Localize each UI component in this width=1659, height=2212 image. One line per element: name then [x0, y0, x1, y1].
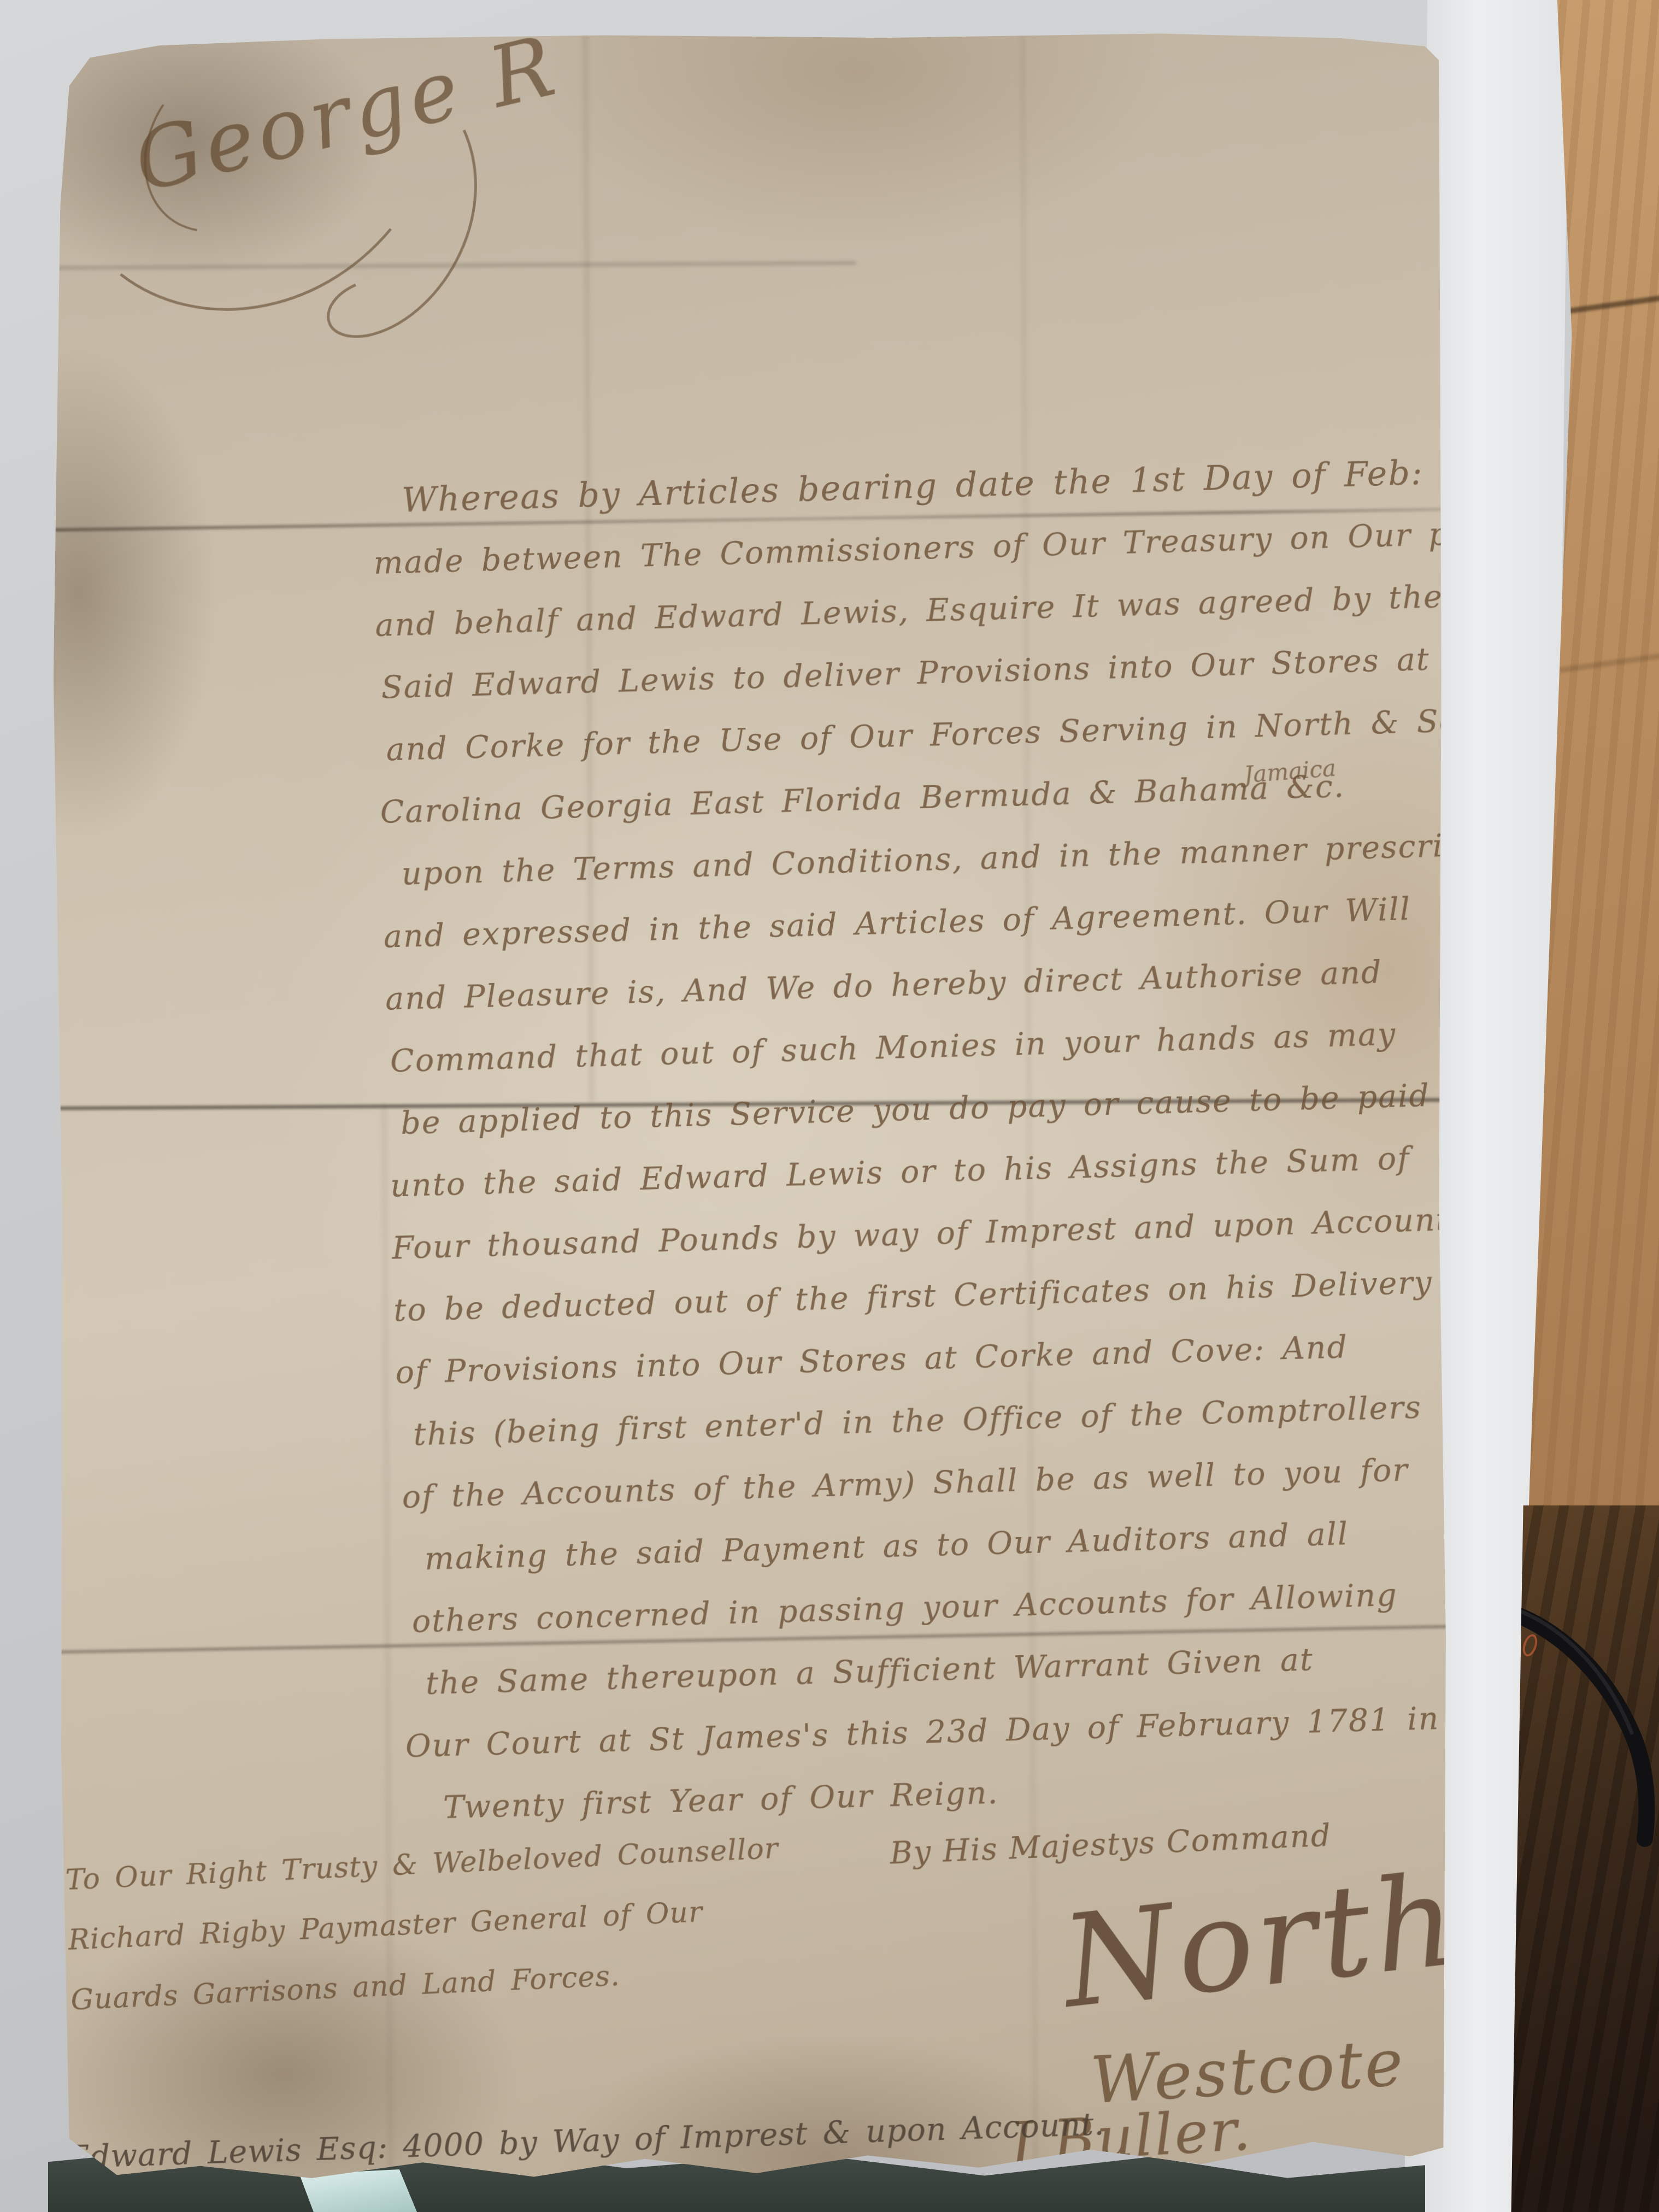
photograph-of-royal-warrant: George R Whereas by Articles bearing dat… [0, 0, 1659, 2212]
fold-crease-vertical [383, 1104, 392, 2180]
by-command-attestation: By His Majestys Command [889, 1817, 1332, 1871]
wood-floor-dark [1508, 1505, 1659, 2212]
signature-north: North [1056, 1846, 1467, 2037]
power-cable [1508, 1505, 1659, 1997]
address-block: To Our Right Trusty & Welbeloved Counsel… [64, 1819, 785, 2031]
manuscript-document: George R Whereas by Articles bearing dat… [48, 26, 1452, 2181]
warrant-body-text: Whereas by Articles bearing date the 1st… [371, 438, 1580, 1840]
